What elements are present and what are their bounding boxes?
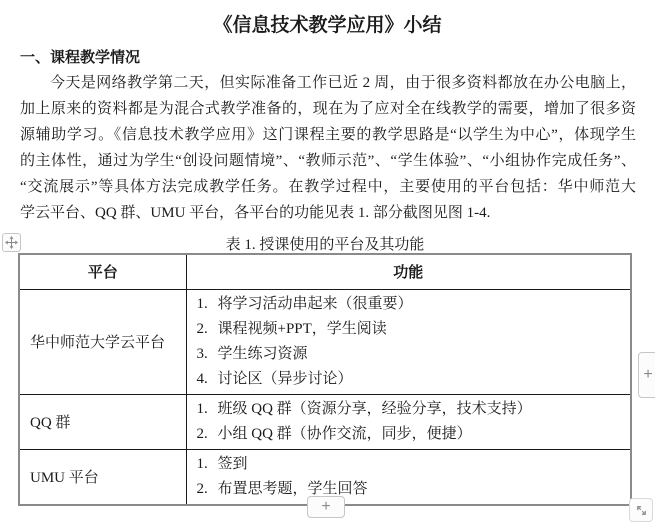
platform-cell[interactable]: UMU 平台: [19, 449, 186, 505]
item-text: 学生练习资源: [218, 346, 308, 362]
paragraph-line[interactable]: 加上原来的资料都是为混合式教学准备的，现在为了应对全在线教学的需要，增加了很多资: [20, 96, 636, 122]
plus-icon: +: [643, 366, 652, 384]
resize-diagonal-icon: [634, 503, 649, 518]
item-number: 2.: [197, 317, 218, 342]
feature-item: 4.讨论区（异步讨论）: [197, 367, 631, 392]
item-number: 4.: [197, 367, 218, 392]
item-number: 1.: [197, 452, 218, 477]
feature-item: 3.学生练习资源: [197, 342, 631, 367]
feature-item: 1.将学习活动串起来（很重要）: [197, 292, 631, 317]
paragraph-line[interactable]: 的主体性，通过为学生“创设问题情境”、“教师示范”、“学生体验”、“小组协作完成…: [20, 148, 636, 174]
column-header-platform[interactable]: 平台: [19, 254, 186, 289]
features-cell[interactable]: 1.签到 2.布置思考题，学生回答: [186, 449, 631, 505]
column-header-function[interactable]: 功能: [186, 254, 631, 289]
item-text: 讨论区（异步讨论）: [218, 371, 353, 387]
paragraph-line[interactable]: 今天是网络教学第二天，但实际准备工作已近 2 周，由于很多资料都放在办公电脑上，: [20, 70, 636, 96]
features-cell[interactable]: 1.将学习活动串起来（很重要） 2.课程视频+PPT，学生阅读 3.学生练习资源…: [186, 289, 631, 394]
plus-icon: +: [321, 498, 330, 516]
paragraph-line[interactable]: 源辅助学习。《信息技术教学应用》这门课程主要的教学思路是“以学生为中心”，体现学…: [20, 122, 636, 148]
add-column-button[interactable]: +: [638, 352, 655, 398]
feature-item: 2.布置思考题，学生回答: [197, 477, 631, 502]
table-row: QQ 群 1.班级 QQ 群（资源分享，经验分享，技术支持） 2.小组 QQ 群…: [19, 394, 631, 449]
features-cell[interactable]: 1.班级 QQ 群（资源分享，经验分享，技术支持） 2.小组 QQ 群（协作交流…: [186, 394, 631, 449]
item-number: 1.: [197, 292, 218, 317]
add-row-button[interactable]: +: [307, 496, 345, 518]
item-text: 将学习活动串起来（很重要）: [218, 296, 413, 312]
paragraph-line[interactable]: 学云平台、QQ 群、UMU 平台，各平台的功能见表 1. 部分截图见图 1-4.: [20, 200, 636, 226]
paragraph-line[interactable]: “交流展示”等具体方法完成教学任务。在教学过程中，主要使用的平台包括：华中师范大: [20, 174, 636, 200]
platform-cell[interactable]: 华中师范大学云平台: [19, 289, 186, 394]
item-text: 班级 QQ 群（资源分享，经验分享，技术支持）: [218, 401, 532, 417]
section-heading[interactable]: 一、课程教学情况: [20, 46, 140, 67]
table-caption[interactable]: 表 1. 授课使用的平台及其功能: [18, 233, 632, 254]
document-title[interactable]: 《信息技术教学应用》小结: [0, 10, 655, 37]
item-number: 3.: [197, 342, 218, 367]
table-header-row: 平台 功能: [19, 254, 631, 289]
item-number: 2.: [197, 477, 218, 502]
item-text: 课程视频+PPT，学生阅读: [218, 321, 387, 337]
platform-cell[interactable]: QQ 群: [19, 394, 186, 449]
item-text: 布置思考题，学生回答: [218, 481, 368, 497]
table-row: 华中师范大学云平台 1.将学习活动串起来（很重要） 2.课程视频+PPT，学生阅…: [19, 289, 631, 394]
document-page: 《信息技术教学应用》小结 一、课程教学情况 今天是网络教学第二天，但实际准备工作…: [0, 0, 655, 526]
item-number: 2.: [197, 422, 218, 447]
platforms-table: 平台 功能 华中师范大学云平台 1.将学习活动串起来（很重要） 2.课程视频+P…: [18, 253, 632, 506]
feature-item: 2.小组 QQ 群（协作交流，同步，便捷）: [197, 422, 631, 447]
body-paragraph: 今天是网络教学第二天，但实际准备工作已近 2 周，由于很多资料都放在办公电脑上，…: [20, 70, 636, 226]
item-text: 签到: [218, 456, 248, 472]
table-move-handle[interactable]: [2, 233, 21, 252]
item-number: 1.: [197, 397, 218, 422]
move-icon: [5, 236, 18, 249]
feature-item: 1.签到: [197, 452, 631, 477]
feature-item: 1.班级 QQ 群（资源分享，经验分享，技术支持）: [197, 397, 631, 422]
table-resize-handle[interactable]: [629, 498, 653, 522]
item-text: 小组 QQ 群（协作交流，同步，便捷）: [218, 426, 472, 442]
feature-item: 2.课程视频+PPT，学生阅读: [197, 317, 631, 342]
